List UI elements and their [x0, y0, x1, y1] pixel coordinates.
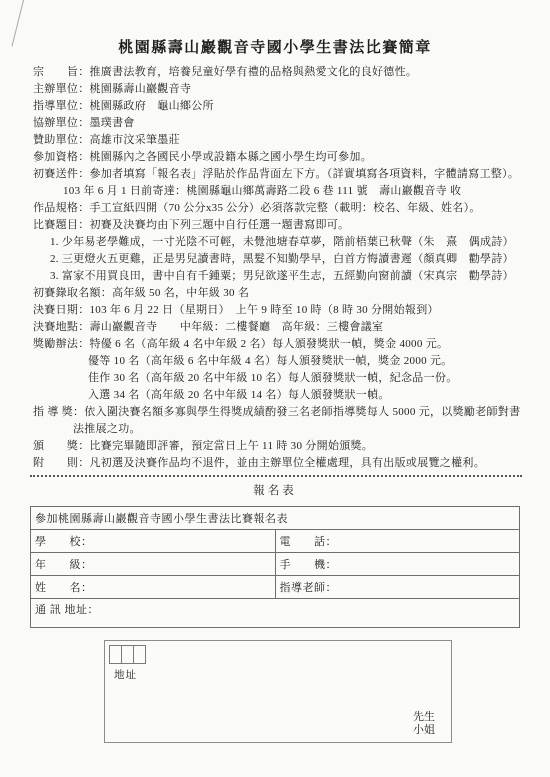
postal-code-box — [133, 645, 146, 664]
form-field-grade: 年 級： — [31, 553, 276, 576]
envelope-address-label: 地址 — [114, 667, 137, 682]
salutation-mr: 先生 — [413, 711, 435, 724]
salutation-ms: 小姐 — [413, 724, 435, 737]
registration-form-table: 參加桃園縣壽山巖觀音寺國小學生書法比賽報名表 學 校： 電 話： 年 級： 手 … — [30, 506, 520, 628]
scanned-document-page: 桃園縣壽山巖觀音寺國小學生書法比賽簡章 宗 旨：推廣書法教育，培養兒童好學有禮的… — [0, 0, 550, 777]
line-mailing-deadline-address: 103 年 6 月 1 日前寄達：桃園縣龜山鄉萬壽路二段 6 巷 111 號 壽… — [33, 183, 532, 200]
form-header-row: 參加桃園縣壽山巖觀音寺國小學生書法比賽報名表 — [31, 507, 520, 530]
line-preliminary-submission: 初賽送件：參加者填寫「報名表」浮貼於作品背面左下方。（詳實填寫各項資料，字體請寫… — [33, 166, 532, 183]
line-prize-ceremony: 頒 獎：比賽完畢隨即評審，預定當日上午 11 時 30 分開始頒獎。 — [33, 438, 532, 455]
line-final-date: 決賽日期：103 年 6 月 22 日（星期日） 上午 9 時至 10 時（8 … — [33, 302, 532, 319]
form-field-school: 學 校： — [31, 530, 276, 553]
form-row-name-teacher: 姓 名： 指導老師： — [31, 576, 520, 599]
line-awards-special: 獎勵辦法：特優 6 名（高年級 4 名中年級 2 名）每人頒發獎狀一幀，獎金 4… — [33, 336, 532, 353]
envelope-template: 地址 先生 小姐 — [104, 640, 452, 743]
postal-code-boxes — [109, 645, 145, 664]
form-field-teacher: 指導老師： — [275, 576, 520, 599]
line-sponsor: 贊助單位：高雄市汶采筆墨莊 — [33, 132, 532, 149]
line-eligibility: 參加資格：桃園縣內之各國民小學或設籍本縣之國小學生均可參加。 — [33, 149, 532, 166]
line-advisors: 指導單位：桃園縣政府 龜山鄉公所 — [33, 98, 532, 115]
form-field-name: 姓 名： — [31, 576, 276, 599]
form-header: 參加桃園縣壽山巖觀音寺國小學生書法比賽報名表 — [31, 507, 520, 530]
line-teacher-award: 指 導 獎：依入圍決賽名額多寡與學生得獎成績酌發三名老師指導獎每人 5000 元… — [33, 404, 532, 421]
line-topic-3: 3. 富家不用買良田，書中自有千鍾粟；男兒欲遂平生志，五經勤向窗前讀（宋真宗 勸… — [33, 268, 532, 285]
line-purpose: 宗 旨：推廣書法教育，培養兒童好學有禮的品格與熱愛文化的良好德性。 — [33, 64, 532, 81]
form-field-mobile: 手 機： — [275, 553, 520, 576]
line-final-venue: 決賽地點：壽山巖觀音寺 中年級：二樓餐廳 高年級：三樓會議室 — [33, 319, 532, 336]
dotted-separator — [30, 475, 522, 477]
line-organizer: 主辦單位：桃園縣壽山巖觀音寺 — [33, 81, 532, 98]
line-additional-rules: 附 則：凡初選及決賽作品均不退件，並由主辦單位全權處理，具有出版或展覽之權利。 — [33, 455, 532, 472]
envelope-salutation: 先生 小姐 — [413, 711, 435, 737]
line-preliminary-quota: 初賽錄取名額：高年級 50 名，中年級 30 名 — [33, 285, 532, 302]
form-field-phone: 電 話： — [275, 530, 520, 553]
announcement-body: 宗 旨：推廣書法教育，培養兒童好學有禮的品格與熱愛文化的良好德性。 主辦單位：桃… — [33, 64, 532, 472]
line-teacher-award-continued: 法推展之功。 — [33, 421, 532, 438]
form-row-school-phone: 學 校： 電 話： — [31, 530, 520, 553]
page-title: 桃園縣壽山巖觀音寺國小學生書法比賽簡章 — [0, 0, 550, 57]
line-work-format: 作品規格：手工宣紙四開（70 公分x35 公分）必須落款完整（載明：校名、年級、… — [33, 200, 532, 217]
form-field-address: 通 訊 地址： — [31, 599, 520, 628]
line-topic-2: 2. 三更燈火五更雞，正是男兒讀書時，黑髮不知勤學早，白首方悔讀書遲（顏真卿 勸… — [33, 251, 532, 268]
line-awards-selected: 入選 34 名（高年級 20 名中年級 14 名）每人頒發獎狀一幀。 — [33, 387, 532, 404]
form-row-grade-mobile: 年 級： 手 機： — [31, 553, 520, 576]
form-row-address: 通 訊 地址： — [31, 599, 520, 628]
line-awards-excellent: 優等 10 名（高年級 6 名中年級 4 名）每人頒發獎狀一幀，獎金 2000 … — [33, 353, 532, 370]
line-contest-topics: 比賽題目：初賽及決賽均由下列三題中自行任選一題書寫即可。 — [33, 217, 532, 234]
form-section-title: 報名表 — [0, 484, 550, 499]
line-awards-merit: 佳作 30 名（高年級 20 名中年級 10 名）每人頒發獎狀一幀，紀念品一份。 — [33, 370, 532, 387]
line-co-organizer: 協辦單位：墨璞書會 — [33, 115, 532, 132]
line-topic-1: 1. 少年易老學難成，一寸光陰不可輕，未覺池塘春草夢，階前梧葉已秋聲（朱 熹 偶… — [33, 234, 532, 251]
